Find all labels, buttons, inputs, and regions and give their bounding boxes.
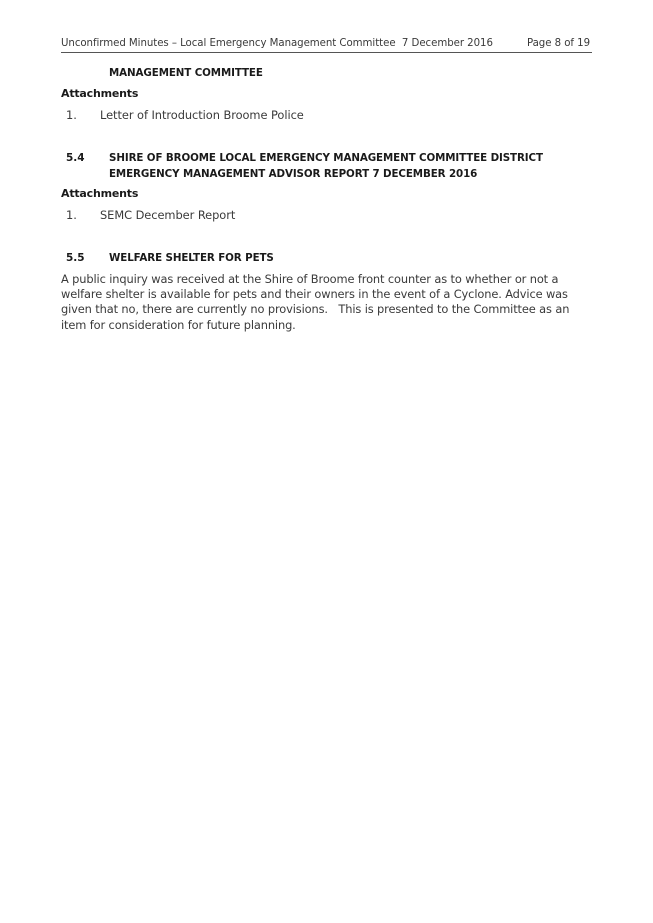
page-header: Unconfirmed Minutes – Local Emergency Ma… (61, 38, 592, 53)
attachment-link[interactable]: Letter of Introduction Broome Police (100, 108, 304, 122)
section-title-5-4: SHIRE OF BROOME LOCAL EMERGENCY MANAGEME… (109, 150, 543, 182)
section-title-line: EMERGENCY MANAGEMENT ADVISOR REPORT 7 DE… (109, 166, 543, 182)
section-title-5-5: WELFARE SHELTER FOR PETS (109, 250, 274, 266)
body-line: welfare shelter is available for pets an… (61, 287, 601, 302)
section-body-5-5: A public inquiry was received at the Shi… (61, 272, 601, 333)
body-line: given that no, there are currently no pr… (61, 302, 601, 317)
attachments-label-5-4: Attachments (61, 187, 138, 200)
continued-heading: MANAGEMENT COMMITTEE (109, 67, 263, 79)
header-title: Unconfirmed Minutes – Local Emergency Ma… (61, 38, 493, 50)
section-title-line: SHIRE OF BROOME LOCAL EMERGENCY MANAGEME… (109, 150, 543, 166)
page-number: Page 8 of 19 (527, 38, 590, 50)
attachment-number: 1. (66, 108, 77, 122)
body-line: A public inquiry was received at the Shi… (61, 272, 601, 287)
body-line: item for consideration for future planni… (61, 318, 601, 333)
attachment-link[interactable]: SEMC December Report (100, 208, 235, 222)
section-number-5-4: 5.4 (66, 152, 85, 164)
attachments-label-5-3: Attachments (61, 87, 138, 100)
section-number-5-5: 5.5 (66, 252, 85, 264)
attachment-number: 1. (66, 208, 77, 222)
